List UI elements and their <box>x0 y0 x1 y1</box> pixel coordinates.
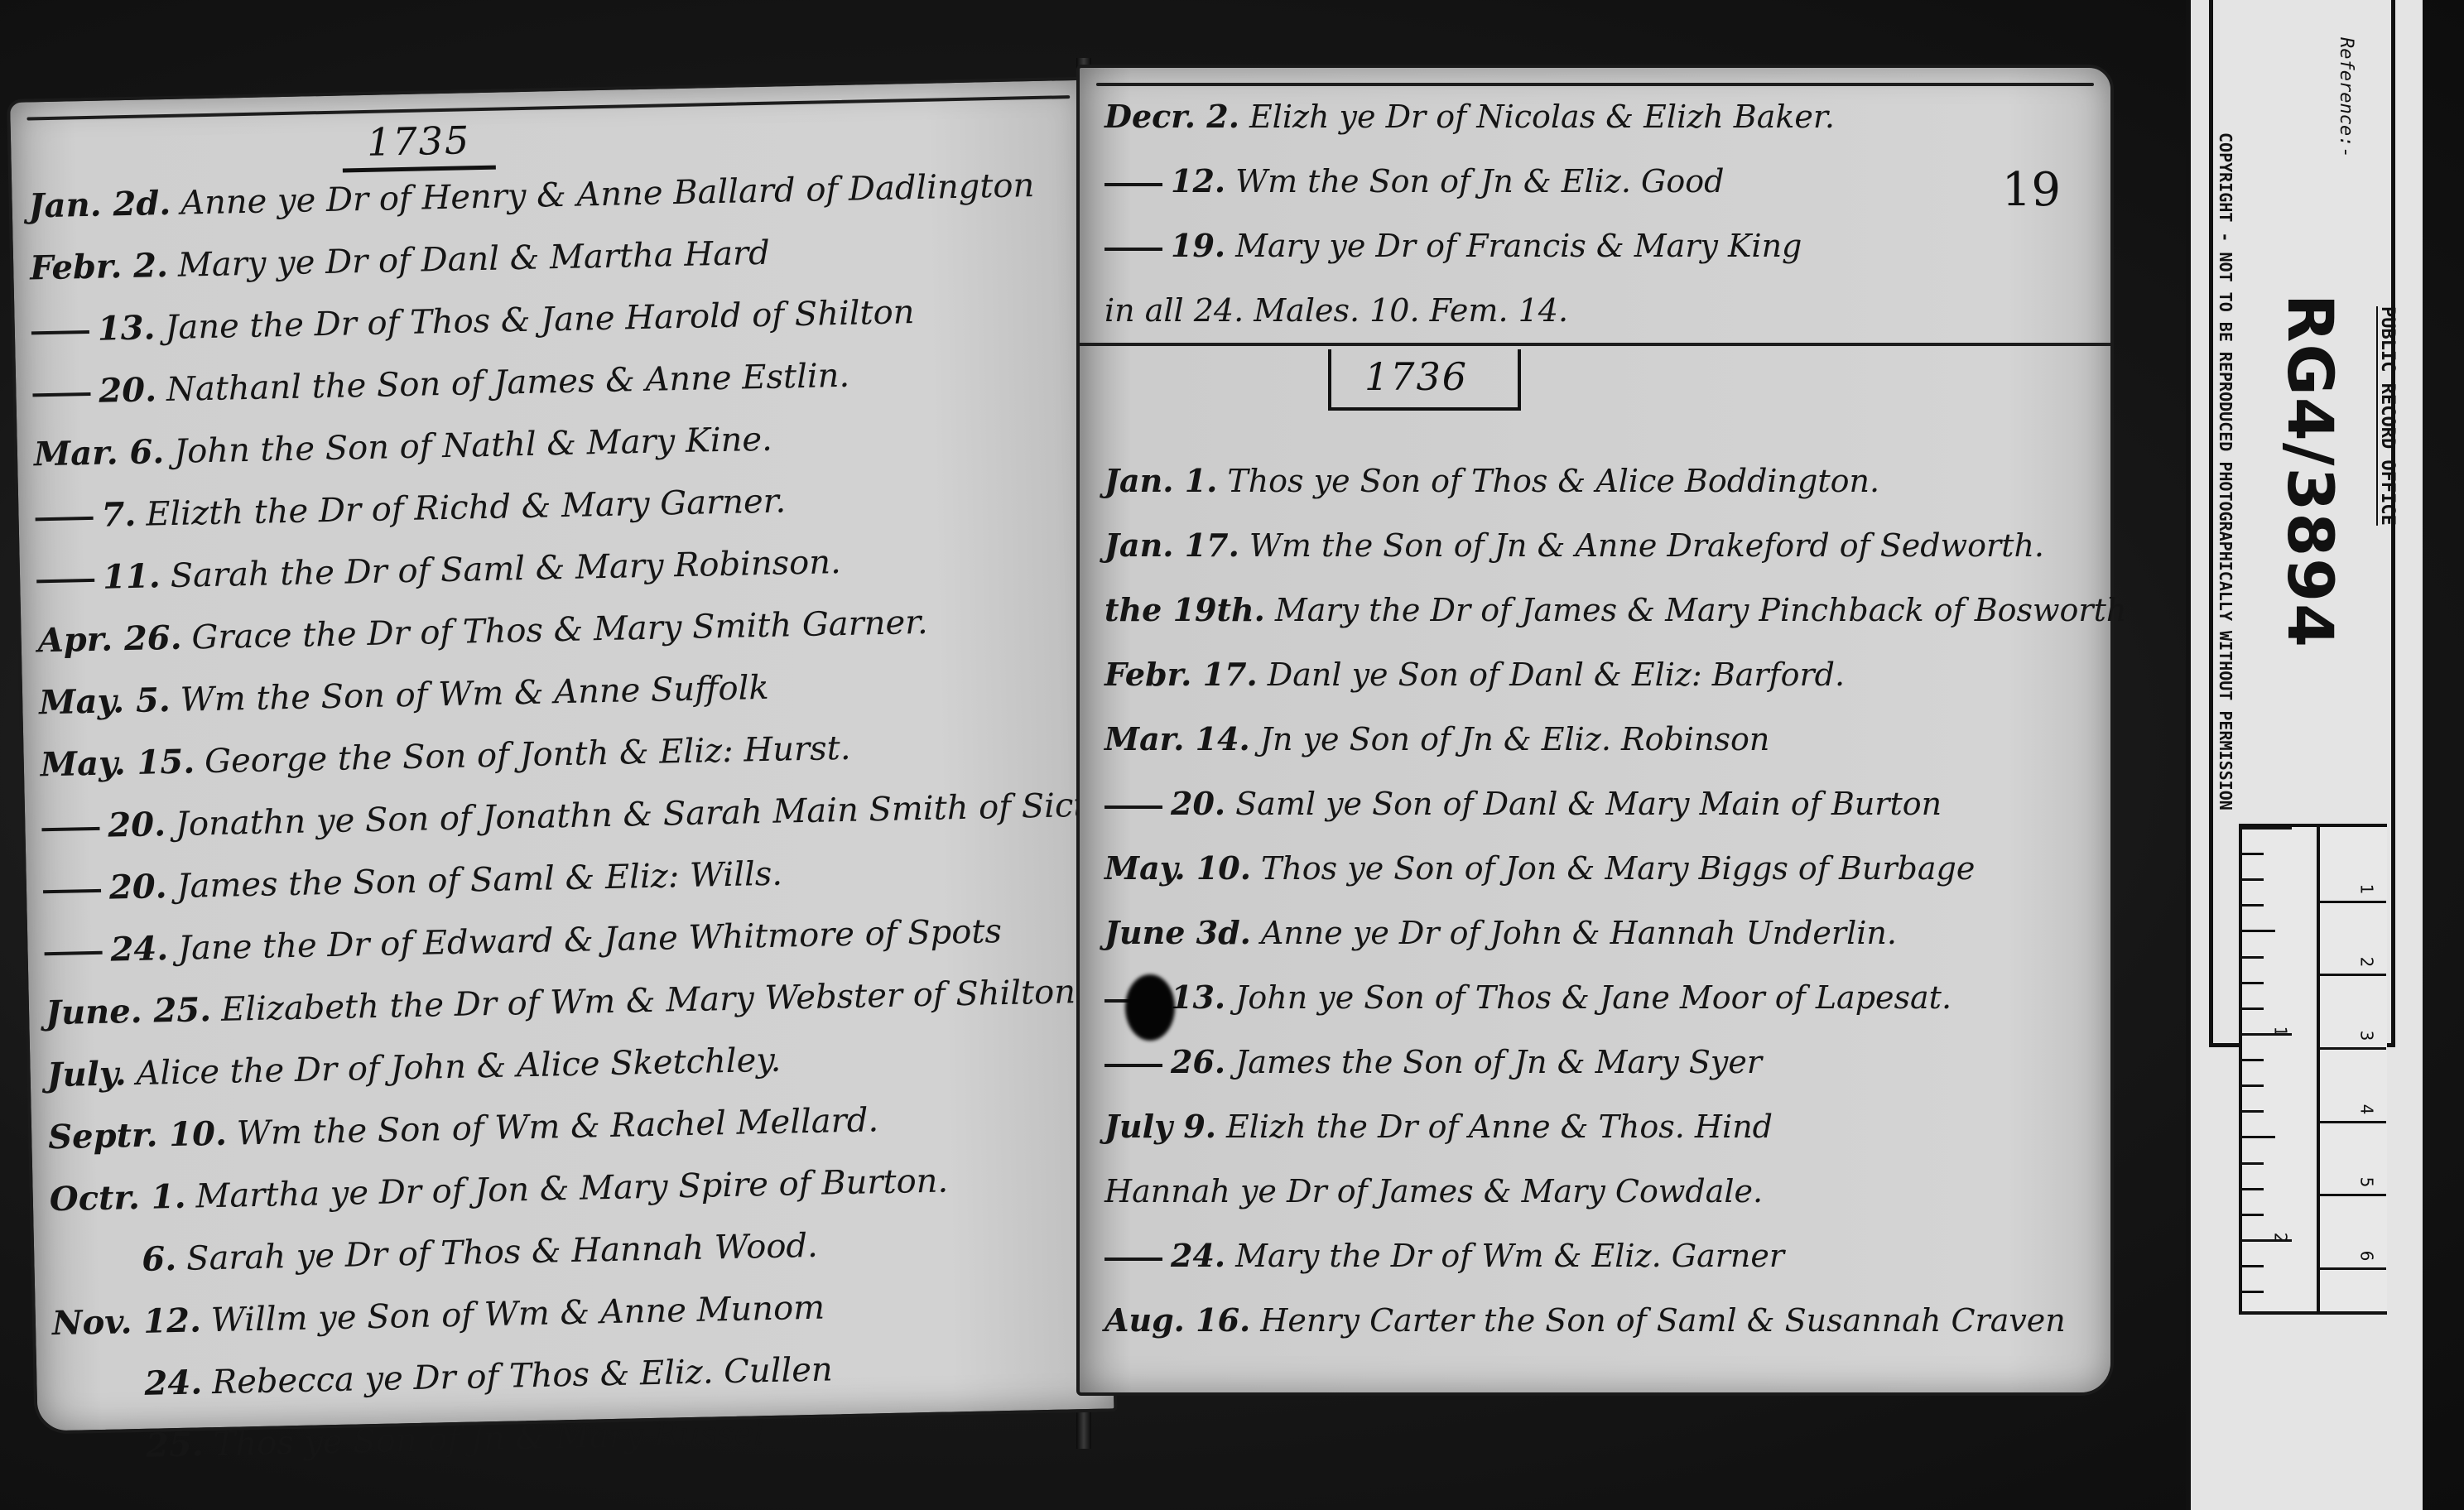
scale-tick <box>2242 853 2264 855</box>
register-entry: Febr. 17.Danl ye Son of Danl & Eliz: Bar… <box>1080 642 2110 707</box>
entry-date: Jan. 2d. <box>28 172 171 238</box>
year-summary: in all 24. Males. 10. Fem. 14. <box>1080 278 2110 346</box>
entry-date: May. 15. <box>40 730 195 796</box>
entry-date: 12. <box>1171 149 1225 214</box>
entry-text: Elizh ye Dr of Nicolas & Elizh Baker. <box>1249 84 1835 149</box>
entry-date: June. 25. <box>45 979 212 1044</box>
entry-date: 13. <box>1171 965 1225 1030</box>
ditto-dash <box>32 392 90 397</box>
scale-tick <box>2242 1059 2264 1061</box>
register-entry: 24.Mary the Dr of Wm & Eliz. Garner <box>1080 1224 2110 1288</box>
ditto-dash <box>1104 1064 1162 1067</box>
entry-date: the 19th. <box>1104 578 1265 642</box>
entry-text: Thos ye Son of Jn & Mary Russel <box>213 1402 765 1476</box>
entry-date: 13. <box>97 296 156 359</box>
scale-tick <box>2242 1214 2264 1216</box>
cm-label: 1 <box>2356 883 2376 894</box>
entry-date: 6. <box>142 1228 177 1291</box>
cm-line <box>2320 1121 2386 1123</box>
scale-tick <box>2242 930 2275 932</box>
entry-date: June 3d. <box>1104 901 1251 965</box>
register-entry: July 9.Elizh the Dr of Anne & Thos. Hind <box>1080 1094 2110 1159</box>
entry-text: Thos ye Son of Thos & Alice Boddington. <box>1227 449 1879 513</box>
register-entry: 20.Saml ye Son of Danl & Mary Main of Bu… <box>1080 772 2110 836</box>
entry-date: Aug. 16. <box>1104 1288 1250 1353</box>
ditto-dash <box>31 330 89 334</box>
ditto-dash <box>1104 183 1162 186</box>
ink-blot <box>1125 974 1175 1041</box>
entry-date: 19. <box>1171 214 1225 278</box>
entry-date: 26. <box>1171 1030 1225 1094</box>
entry-date: 24. <box>1171 1224 1225 1288</box>
year-heading-1735: 1735 <box>342 118 496 173</box>
entry-date: 11. <box>102 545 161 608</box>
scale-tick <box>2242 827 2292 830</box>
register-entry: Decr. 2.Elizh ye Dr of Nicolas & Elizh B… <box>1080 84 2110 149</box>
entry-text: Henry Carter the Son of Saml & Susannah … <box>1260 1288 2066 1353</box>
register-entry: Jan. 1.Thos ye Son of Thos & Alice Boddi… <box>1080 449 2110 513</box>
cm-line <box>2320 1267 2386 1270</box>
right-prev-year-entries: Decr. 2.Elizh ye Dr of Nicolas & Elizh B… <box>1080 84 2110 278</box>
entry-text: Hannah ye Dr of James & Mary Cowdale. <box>1104 1159 1763 1224</box>
register-entry: Jan. 17.Wm the Son of Jn & Anne Drakefor… <box>1080 513 2110 578</box>
register-entry: 12.Wm the Son of Jn & Eliz. Good <box>1080 149 2110 214</box>
entry-text: Saml ye Son of Danl & Mary Main of Burto… <box>1235 772 1942 836</box>
entry-date: Nov. 12. <box>51 1289 201 1354</box>
ditto-dash <box>1104 248 1162 251</box>
cm-label: 4 <box>2356 1104 2376 1114</box>
entry-text: John ye Son of Thos & Jane Moor of Lapes… <box>1235 965 1951 1030</box>
entry-text: Mary the Dr of James & Mary Pinchback of… <box>1275 578 2126 642</box>
entry-date: Mar. 14. <box>1104 707 1250 772</box>
register-entry: 19.Mary ye Dr of Francis & Mary King <box>1080 214 2110 278</box>
cm-label: 5 <box>2356 1177 2376 1188</box>
cm-label: 2 <box>2356 957 2376 968</box>
scale-tick <box>2242 904 2264 906</box>
inch-label: 1 <box>2270 1027 2290 1037</box>
measurement-scale: 12 123456 <box>2239 824 2387 1315</box>
cm-line <box>2320 1194 2386 1196</box>
entry-date: 24. <box>144 1351 203 1414</box>
entry-date: May. 5. <box>38 669 171 733</box>
entry-text: James the Son of Jn & Mary Syer <box>1235 1030 1762 1094</box>
register-entry: the 19th.Mary the Dr of James & Mary Pin… <box>1080 578 2110 642</box>
page-top-rule <box>26 95 1070 120</box>
register-entry: June 3d.Anne ye Dr of John & Hannah Unde… <box>1080 901 2110 965</box>
ditto-dash <box>45 951 103 955</box>
entry-text: Wm the Son of Jn & Eliz. Good <box>1235 149 1724 214</box>
entry-date: Decr. 2. <box>1104 84 1239 149</box>
register-entry: 26.James the Son of Jn & Mary Syer <box>1080 1030 2110 1094</box>
register-entry: May. 10.Thos ye Son of Jon & Mary Biggs … <box>1080 836 2110 901</box>
entry-text: Danl ye Son of Danl & Eliz: Barford. <box>1268 642 1845 707</box>
scale-tick <box>2242 982 2264 984</box>
cm-label: 6 <box>2356 1250 2376 1261</box>
reference-strip: Reference:- RG4/3894 PUBLIC RECORD OFFIC… <box>2186 0 2423 1510</box>
entry-date: 20. <box>99 358 157 421</box>
scale-tick <box>2242 1110 2264 1113</box>
scale-tick <box>2242 1291 2264 1293</box>
ditto-dash <box>36 579 94 583</box>
entry-date: Octr. 1. <box>49 1166 186 1230</box>
register-entry: 13.John ye Son of Thos & Jane Moor of La… <box>1080 965 2110 1030</box>
scale-tick <box>2242 878 2264 881</box>
entry-date: 20. <box>1171 772 1225 836</box>
left-entries-list: Jan. 2d.Anne ye Dr of Henry & Anne Balla… <box>12 153 1115 1479</box>
ditto-dash <box>1104 1258 1162 1261</box>
scale-tick <box>2242 1136 2275 1138</box>
reference-number: RG4/3894 <box>2274 294 2347 649</box>
entry-text: Jn ye Son of Jn & Eliz. Robinson <box>1260 707 1770 772</box>
scale-tick <box>2242 1265 2264 1267</box>
right-page: 19 Decr. 2.Elizh ye Dr of Nicolas & Eliz… <box>1076 65 2114 1396</box>
entry-date: Jan. 17. <box>1104 513 1239 578</box>
scale-tick <box>2242 1188 2264 1190</box>
scale-tick <box>2242 1084 2264 1087</box>
entry-date: 20. <box>108 855 167 918</box>
record-office-label: PUBLIC RECORD OFFICE <box>2377 306 2398 526</box>
inch-label: 2 <box>2270 1232 2290 1243</box>
entry-date: May. 10. <box>1104 836 1251 901</box>
entry-date: July 9. <box>1104 1094 1216 1159</box>
ditto-dash <box>1104 805 1162 809</box>
year-heading-1736: 1736 <box>1328 349 1521 411</box>
scale-tick <box>2242 1007 2264 1010</box>
entry-date: 24. <box>110 917 169 980</box>
cm-line <box>2320 901 2386 903</box>
cm-label: 3 <box>2356 1031 2376 1041</box>
entry-date: Septr. 10. <box>47 1103 227 1168</box>
ditto-dash <box>36 517 94 521</box>
entry-date: Febr. 17. <box>1104 642 1258 707</box>
inch-scale: 12 <box>2242 827 2320 1311</box>
ditto-dash <box>43 889 101 893</box>
entry-date: 25. <box>145 1413 204 1476</box>
ditto-dash <box>41 827 99 831</box>
cm-scale: 123456 <box>2320 827 2386 1311</box>
entry-date: Mar. 6. <box>33 421 165 485</box>
register-entry: Hannah ye Dr of James & Mary Cowdale. <box>1080 1159 2110 1224</box>
entry-text: Mary the Dr of Wm & Eliz. Garner <box>1235 1224 1784 1288</box>
reference-label: Reference:- <box>2336 37 2356 158</box>
left-page: 1735 Jan. 2d.Anne ye Dr of Henry & Anne … <box>7 77 1117 1435</box>
scale-tick <box>2242 1162 2264 1165</box>
entry-date: July. <box>46 1042 127 1106</box>
entry-text: Mary ye Dr of Francis & Mary King <box>1235 214 1802 278</box>
cm-line <box>2320 1047 2386 1050</box>
register-entry: Mar. 14.Jn ye Son of Jn & Eliz. Robinson <box>1080 707 2110 772</box>
entry-date: Jan. 1. <box>1104 449 1217 513</box>
scale-tick <box>2242 956 2264 959</box>
register-entry: Aug. 16.Henry Carter the Son of Saml & S… <box>1080 1288 2110 1353</box>
entry-date: 7. <box>101 483 137 546</box>
entry-text: Anne ye Dr of John & Hannah Underlin. <box>1261 901 1897 965</box>
entry-text: Elizh the Dr of Anne & Thos. Hind <box>1226 1094 1773 1159</box>
entry-date: Apr. 26. <box>37 607 182 672</box>
entry-text: Thos ye Son of Jon & Mary Biggs of Burba… <box>1261 836 1975 901</box>
right-entries-list: Jan. 1.Thos ye Son of Thos & Alice Boddi… <box>1080 449 2110 1353</box>
copyright-notice: COPYRIGHT - NOT TO BE REPRODUCED PHOTOGR… <box>2216 132 2235 810</box>
cm-line <box>2320 974 2386 976</box>
entry-text: Wm the Son of Jn & Anne Drakeford of Sed… <box>1249 513 2044 578</box>
entry-date: Febr. 2. <box>29 234 168 299</box>
entry-date: 20. <box>108 793 166 856</box>
